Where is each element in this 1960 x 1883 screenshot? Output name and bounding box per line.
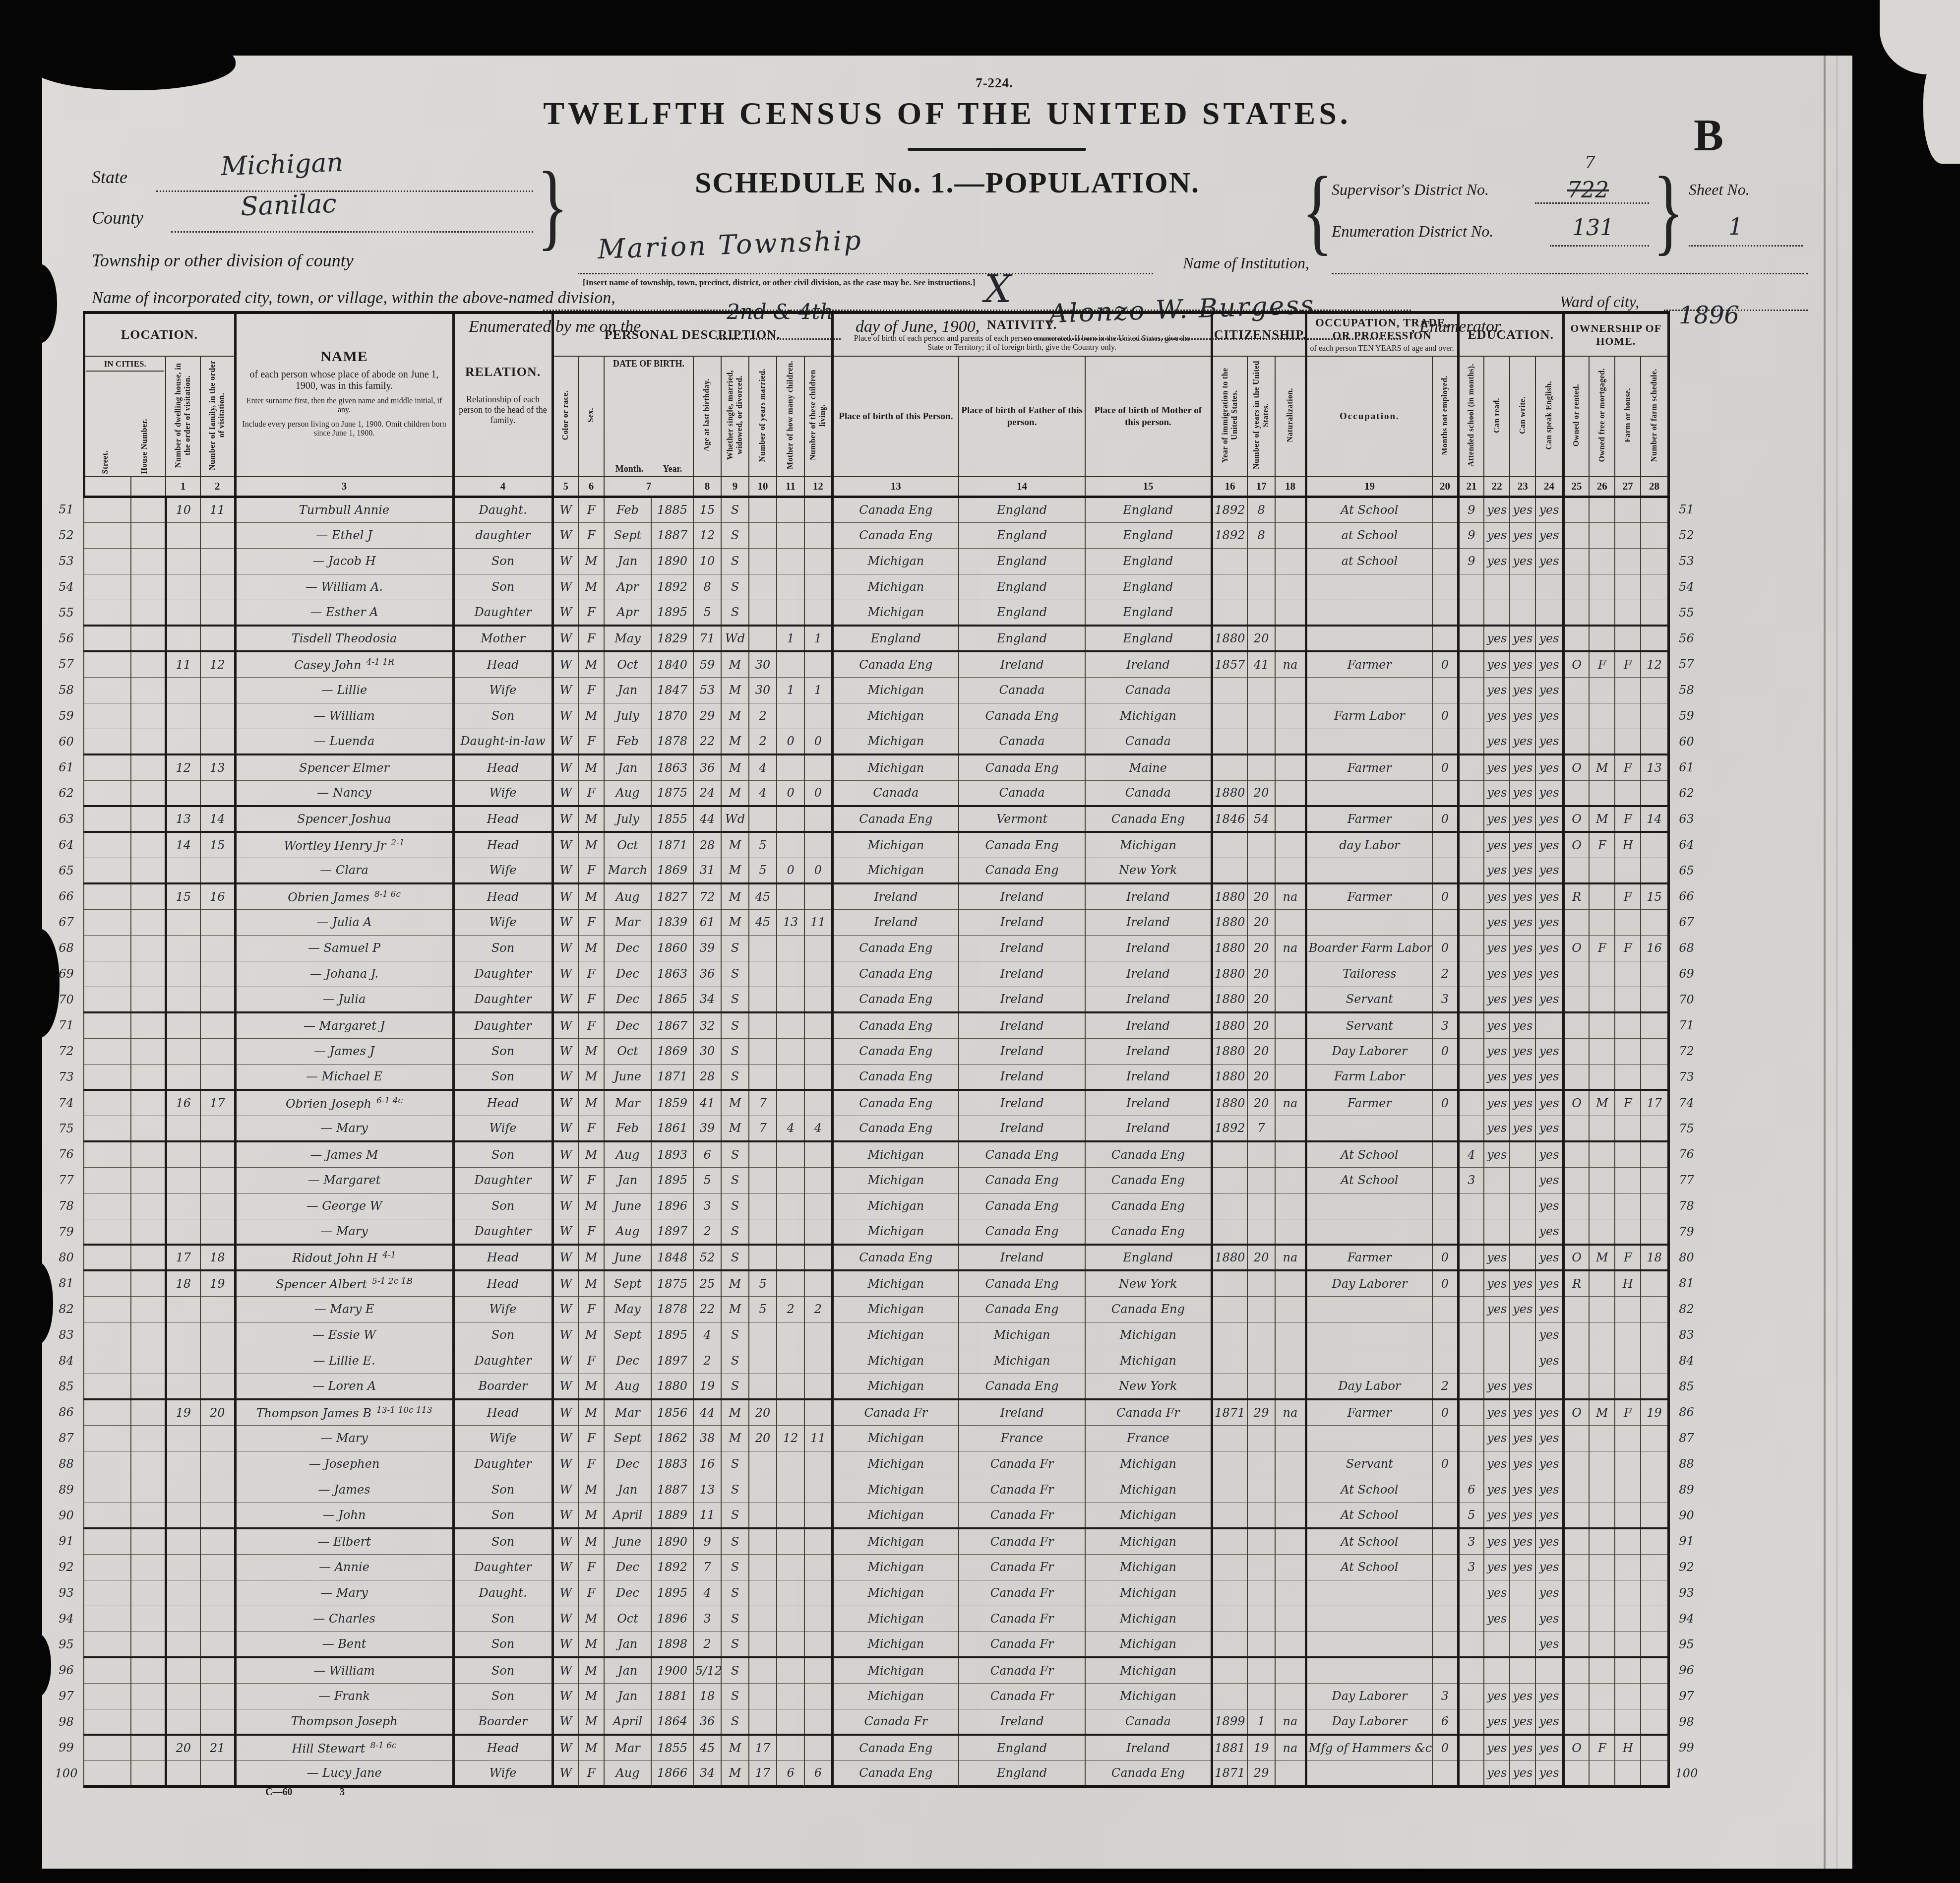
cell-chl bbox=[804, 1167, 832, 1193]
cell-ym: 45 bbox=[749, 883, 777, 909]
cell-sch bbox=[1458, 935, 1484, 961]
cell-sex: F bbox=[578, 961, 604, 987]
cell-pob: Michigan bbox=[832, 1632, 959, 1657]
cell-house bbox=[131, 1657, 166, 1683]
cell-eng: yes bbox=[1535, 1090, 1563, 1116]
cell-ofm bbox=[1589, 1528, 1615, 1554]
cell-sch: 9 bbox=[1458, 497, 1484, 522]
cell-ym bbox=[749, 935, 777, 961]
cell-fh bbox=[1615, 574, 1641, 600]
cell-rel: Wife bbox=[453, 1296, 552, 1322]
cell-street bbox=[84, 1090, 131, 1116]
cell-ofm bbox=[1589, 1193, 1615, 1219]
cell-pobf: Ireland bbox=[959, 935, 1085, 961]
cell-pob: Michigan bbox=[832, 1477, 959, 1503]
cell-street bbox=[84, 1399, 131, 1425]
cell-pobm: England bbox=[1085, 574, 1212, 600]
cell-own bbox=[1563, 1141, 1589, 1167]
cell-pobm: Canada Eng bbox=[1085, 1141, 1212, 1167]
cell-ln: 70 bbox=[49, 987, 84, 1012]
cell-read: yes bbox=[1484, 1038, 1510, 1064]
cell-yr: 1855 bbox=[651, 1735, 693, 1760]
cell-name: — Charles bbox=[235, 1606, 453, 1632]
cell-lnr: 82 bbox=[1668, 1296, 1703, 1322]
cell-sex: M bbox=[578, 1657, 604, 1683]
cell-eng: yes bbox=[1535, 780, 1563, 806]
cell-fh: F bbox=[1615, 1090, 1641, 1116]
cell-mar: S bbox=[721, 1167, 749, 1193]
cell-rel: Head bbox=[453, 651, 552, 677]
cell-mch bbox=[777, 497, 804, 522]
cell-ln: 90 bbox=[49, 1503, 84, 1528]
cell-ym: 5 bbox=[749, 1296, 777, 1322]
cell-dw: 13 bbox=[166, 806, 200, 832]
cell-yr: 1862 bbox=[651, 1425, 693, 1451]
cell-eng: yes bbox=[1535, 1632, 1563, 1657]
cell-rel: Wife bbox=[453, 909, 552, 935]
cell-fam: 21 bbox=[200, 1735, 235, 1760]
colnum-7: 7 bbox=[604, 477, 693, 497]
cell-mon: Aug bbox=[604, 1219, 651, 1245]
cell-name: Ridout John H4-1 bbox=[235, 1245, 453, 1270]
cell-ym bbox=[749, 961, 777, 987]
cell-mch bbox=[777, 1167, 804, 1193]
cell-mon: Apr bbox=[604, 600, 651, 626]
pob-mother-header: Place of birth of Mother of this person. bbox=[1085, 356, 1212, 477]
cell-sch bbox=[1458, 1709, 1484, 1735]
months-not-employed-header: Months not employed. bbox=[1432, 356, 1458, 477]
cell-nat bbox=[1275, 1322, 1306, 1348]
cell-fam bbox=[200, 1709, 235, 1735]
name-desc-2: Enter surname first, then the given name… bbox=[242, 397, 447, 415]
cell-mar: S bbox=[721, 1219, 749, 1245]
cell-ln: 83 bbox=[49, 1322, 84, 1348]
cell-ofm bbox=[1589, 600, 1615, 626]
house-number-label: House Number. bbox=[140, 419, 149, 474]
cell-own bbox=[1563, 626, 1589, 651]
cell-sch bbox=[1458, 729, 1484, 754]
cell-mon: Apr bbox=[604, 574, 651, 600]
page-letter: B bbox=[1694, 110, 1723, 161]
cell-read: yes bbox=[1484, 1141, 1510, 1167]
cell-fno bbox=[1641, 1116, 1668, 1141]
cell-yr: 1878 bbox=[651, 729, 693, 754]
cell-eng: yes bbox=[1535, 1606, 1563, 1632]
cell-ln: 97 bbox=[49, 1683, 84, 1709]
cell-fam bbox=[200, 1322, 235, 1348]
cell-house bbox=[131, 651, 166, 677]
cell-pobm: Michigan bbox=[1085, 1503, 1212, 1528]
cell-age: 2 bbox=[693, 1348, 721, 1374]
cell-ofm bbox=[1589, 522, 1615, 548]
cell-fh bbox=[1615, 497, 1641, 522]
cell-nat bbox=[1275, 729, 1306, 754]
cell-pob: Michigan bbox=[832, 1503, 959, 1528]
cell-yr: 1885 bbox=[651, 497, 693, 522]
cell-imm bbox=[1212, 677, 1247, 703]
cell-rel: Son bbox=[453, 1528, 552, 1554]
cell-yr: 1875 bbox=[651, 780, 693, 806]
cell-fam bbox=[200, 1657, 235, 1683]
cell-sch: 9 bbox=[1458, 548, 1484, 574]
cell-mne bbox=[1432, 1632, 1458, 1657]
cell-fh bbox=[1615, 1580, 1641, 1606]
cell-mon: Aug bbox=[604, 780, 651, 806]
cell-age: 30 bbox=[693, 1038, 721, 1064]
cell-rel: Wife bbox=[453, 1116, 552, 1141]
cell-mch: 0 bbox=[777, 729, 804, 754]
cell-occ bbox=[1306, 1348, 1432, 1374]
cell-sex: M bbox=[578, 548, 604, 574]
cell-own: R bbox=[1563, 883, 1589, 909]
cell-sch: 5 bbox=[1458, 1503, 1484, 1528]
cell-eng: yes bbox=[1535, 522, 1563, 548]
cell-pobf: Ireland bbox=[959, 987, 1085, 1012]
cell-chl bbox=[804, 1322, 832, 1348]
cell-street bbox=[84, 1554, 131, 1580]
cell-mne: 0 bbox=[1432, 1038, 1458, 1064]
cell-nat bbox=[1275, 806, 1306, 832]
cell-nat bbox=[1275, 1167, 1306, 1193]
cell-mch: 1 bbox=[777, 626, 804, 651]
cell-sex: F bbox=[578, 1012, 604, 1038]
cell-house bbox=[131, 729, 166, 754]
cell-ln: 52 bbox=[49, 522, 84, 548]
cell-ln: 88 bbox=[49, 1451, 84, 1477]
cell-own: O bbox=[1563, 1090, 1589, 1116]
print-code: C—60 bbox=[265, 1787, 292, 1798]
cell-fam bbox=[200, 1632, 235, 1657]
cell-dw bbox=[166, 1503, 200, 1528]
cell-lnr: 63 bbox=[1668, 806, 1703, 832]
cell-dw bbox=[166, 1012, 200, 1038]
cell-ym: 5 bbox=[749, 858, 777, 883]
cell-color: W bbox=[552, 1245, 578, 1270]
cell-yr: 1897 bbox=[651, 1219, 693, 1245]
cell-eng: yes bbox=[1535, 832, 1563, 858]
cell-age: 15 bbox=[693, 497, 721, 522]
cell-yr: 1829 bbox=[651, 626, 693, 651]
cell-chl bbox=[804, 961, 832, 987]
cell-name: — James J bbox=[235, 1038, 453, 1064]
cell-own bbox=[1563, 1503, 1589, 1528]
cell-pobm: Michigan bbox=[1085, 703, 1212, 729]
cell-read: yes bbox=[1484, 1503, 1510, 1528]
cell-sex: M bbox=[578, 1683, 604, 1709]
table-row: 79— MaryDaughterWFAug18972SMichiganCanad… bbox=[49, 1219, 1703, 1245]
dob-header: DATE OF BIRTH. Month. Year. bbox=[604, 356, 693, 477]
cell-name: — Julia A bbox=[235, 909, 453, 935]
cell-write: yes bbox=[1510, 883, 1535, 909]
cell-dw: 12 bbox=[166, 754, 200, 780]
cell-fno bbox=[1641, 626, 1668, 651]
cell-mch bbox=[777, 883, 804, 909]
cell-lnr: 71 bbox=[1668, 1012, 1703, 1038]
cell-own bbox=[1563, 987, 1589, 1012]
cell-pobf: Canada Fr bbox=[959, 1683, 1085, 1709]
cell-imm: 1880 bbox=[1212, 909, 1247, 935]
cell-ln: 66 bbox=[49, 883, 84, 909]
cell-mar: S bbox=[721, 1683, 749, 1709]
cell-fno bbox=[1641, 600, 1668, 626]
cell-name: — Frank bbox=[235, 1683, 453, 1709]
cell-house bbox=[131, 522, 166, 548]
cell-pobf: Canada Fr bbox=[959, 1606, 1085, 1632]
cell-pob: Ireland bbox=[832, 883, 959, 909]
sheet-line bbox=[1689, 245, 1803, 247]
cell-street bbox=[84, 832, 131, 858]
cell-write bbox=[1510, 1580, 1535, 1606]
cell-pobf: Ireland bbox=[959, 961, 1085, 987]
cell-sch bbox=[1458, 961, 1484, 987]
cell-fh bbox=[1615, 1760, 1641, 1786]
cell-sch bbox=[1458, 1657, 1484, 1683]
cell-imm: 1880 bbox=[1212, 1038, 1247, 1064]
cell-lnr: 81 bbox=[1668, 1270, 1703, 1296]
cell-mch bbox=[777, 1012, 804, 1038]
cell-nat bbox=[1275, 1374, 1306, 1399]
cell-color: W bbox=[552, 1038, 578, 1064]
cell-mar: S bbox=[721, 961, 749, 987]
cell-street bbox=[84, 651, 131, 677]
institution-label: Name of Institution, bbox=[1183, 254, 1309, 272]
colnum-17: 17 bbox=[1247, 477, 1275, 497]
cell-write: yes bbox=[1510, 935, 1535, 961]
can-read-header: Can read. bbox=[1484, 356, 1510, 477]
cell-fno bbox=[1641, 1528, 1668, 1554]
cell-age: 9 bbox=[693, 1528, 721, 1554]
cell-nat bbox=[1275, 1760, 1306, 1786]
cell-fh: F bbox=[1615, 883, 1641, 909]
cell-ln: 92 bbox=[49, 1554, 84, 1580]
cell-street bbox=[84, 780, 131, 806]
cell-name: — Jacob H bbox=[235, 548, 453, 574]
cell-nat bbox=[1275, 497, 1306, 522]
cell-read bbox=[1484, 1193, 1510, 1219]
line-number-header-left bbox=[49, 313, 84, 497]
cell-rel: daughter bbox=[453, 522, 552, 548]
cell-mar: S bbox=[721, 600, 749, 626]
cell-fno bbox=[1641, 1683, 1668, 1709]
cell-sch bbox=[1458, 1270, 1484, 1296]
cell-pobm: Michigan bbox=[1085, 1528, 1212, 1554]
table-row: 70— JuliaDaughterWFDec186534SCanada EngI… bbox=[49, 987, 1703, 1012]
cell-rel: Son bbox=[453, 1322, 552, 1348]
cell-chl bbox=[804, 1064, 832, 1090]
cell-name: — Annie bbox=[235, 1554, 453, 1580]
cell-eng bbox=[1535, 1012, 1563, 1038]
cell-own bbox=[1563, 1425, 1589, 1451]
cell-pob: Michigan bbox=[832, 1348, 959, 1374]
cell-pobf: Ireland bbox=[959, 1090, 1085, 1116]
cell-yrs bbox=[1247, 574, 1275, 600]
cell-lnr: 74 bbox=[1668, 1090, 1703, 1116]
cell-occ: day Labor bbox=[1306, 832, 1432, 858]
cell-sex: F bbox=[578, 1554, 604, 1580]
cell-sch bbox=[1458, 1632, 1484, 1657]
cell-mne bbox=[1432, 1116, 1458, 1141]
cell-fh bbox=[1615, 1554, 1641, 1580]
cell-mne bbox=[1432, 1477, 1458, 1503]
cell-street bbox=[84, 600, 131, 626]
cell-dw: 15 bbox=[166, 883, 200, 909]
cell-name: — Lillie bbox=[235, 677, 453, 703]
cell-sex: M bbox=[578, 883, 604, 909]
cell-lnr: 88 bbox=[1668, 1451, 1703, 1477]
occupation-header: Occupation. bbox=[1306, 356, 1432, 477]
cell-write: yes bbox=[1510, 651, 1535, 677]
cell-mon: Sept bbox=[604, 1322, 651, 1348]
cell-eng: yes bbox=[1535, 1064, 1563, 1090]
cell-pob: Canada Eng bbox=[832, 522, 959, 548]
cell-yr: 1887 bbox=[651, 1477, 693, 1503]
cell-name: — John bbox=[235, 1503, 453, 1528]
cell-dw bbox=[166, 987, 200, 1012]
cell-ln: 69 bbox=[49, 961, 84, 987]
cell-imm bbox=[1212, 858, 1247, 883]
cell-mar: S bbox=[721, 1322, 749, 1348]
cell-own bbox=[1563, 1709, 1589, 1735]
cell-mch bbox=[777, 1451, 804, 1477]
cell-imm: 1880 bbox=[1212, 987, 1247, 1012]
cell-color: W bbox=[552, 1064, 578, 1090]
cell-chl bbox=[804, 1580, 832, 1606]
cell-ofm bbox=[1589, 1683, 1615, 1709]
cell-fam bbox=[200, 1451, 235, 1477]
cell-street bbox=[84, 1735, 131, 1760]
cell-lnr: 84 bbox=[1668, 1348, 1703, 1374]
cell-chl bbox=[804, 1632, 832, 1657]
cell-read: yes bbox=[1484, 729, 1510, 754]
cell-chl bbox=[804, 1709, 832, 1735]
relation-title: RELATION. bbox=[456, 365, 551, 379]
cell-yrs bbox=[1247, 1580, 1275, 1606]
farm-schedule-header: Number of farm schedule. bbox=[1641, 356, 1668, 477]
colnum-12: 12 bbox=[804, 477, 832, 497]
cell-own bbox=[1563, 677, 1589, 703]
cell-yr: 1896 bbox=[651, 1193, 693, 1219]
cell-imm bbox=[1212, 1348, 1247, 1374]
state-label: State bbox=[92, 167, 127, 188]
cell-lnr: 76 bbox=[1668, 1141, 1703, 1167]
cell-street bbox=[84, 806, 131, 832]
cell-mar: M bbox=[721, 1399, 749, 1425]
table-row: 88— JosephenDaughterWFDec188316SMichigan… bbox=[49, 1451, 1703, 1477]
cell-rel: Wife bbox=[453, 677, 552, 703]
cell-yr: 1895 bbox=[651, 1167, 693, 1193]
cell-yrs bbox=[1247, 1528, 1275, 1554]
cell-chl bbox=[804, 574, 832, 600]
cell-yrs bbox=[1247, 1632, 1275, 1657]
cell-name: Spencer Joshua bbox=[235, 806, 453, 832]
cell-sex: F bbox=[578, 858, 604, 883]
cell-rel: Head bbox=[453, 754, 552, 780]
torn-edge-left-3 bbox=[18, 1261, 53, 1345]
cell-mar: S bbox=[721, 1193, 749, 1219]
cell-own bbox=[1563, 1167, 1589, 1193]
cell-mch: 6 bbox=[777, 1760, 804, 1786]
cell-rel: Head bbox=[453, 1270, 552, 1296]
cell-chl: 4 bbox=[804, 1116, 832, 1141]
cell-mar: S bbox=[721, 1245, 749, 1270]
cell-yrs bbox=[1247, 832, 1275, 858]
cell-imm bbox=[1212, 1477, 1247, 1503]
cell-read: yes bbox=[1484, 1012, 1510, 1038]
cell-eng: yes bbox=[1535, 1477, 1563, 1503]
cell-fh bbox=[1615, 1116, 1641, 1141]
cell-occ: At School bbox=[1306, 1477, 1432, 1503]
cell-house bbox=[131, 1632, 166, 1657]
cell-fh bbox=[1615, 548, 1641, 574]
cell-occ: Farm Labor bbox=[1306, 1064, 1432, 1090]
cell-own bbox=[1563, 1528, 1589, 1554]
cell-mne: 0 bbox=[1432, 935, 1458, 961]
cell-ofm bbox=[1589, 548, 1615, 574]
cell-house bbox=[131, 1374, 166, 1399]
cell-street bbox=[84, 548, 131, 574]
title-divider bbox=[908, 148, 1086, 151]
cell-yr: 1871 bbox=[651, 832, 693, 858]
cell-imm: 1880 bbox=[1212, 1064, 1247, 1090]
cell-name: Tisdell Theodosia bbox=[235, 626, 453, 651]
cell-nat bbox=[1275, 1683, 1306, 1709]
cell-fno bbox=[1641, 1012, 1668, 1038]
cell-house bbox=[131, 1606, 166, 1632]
table-row: 71— Margaret JDaughterWFDec186732SCanada… bbox=[49, 1012, 1703, 1038]
table-row: 87— MaryWifeWFSept186238M201211MichiganF… bbox=[49, 1425, 1703, 1451]
cell-color: W bbox=[552, 703, 578, 729]
cell-dw: 18 bbox=[166, 1270, 200, 1296]
cell-own bbox=[1563, 600, 1589, 626]
cell-mch: 2 bbox=[777, 1296, 804, 1322]
cell-dw: 19 bbox=[166, 1399, 200, 1425]
cell-fno: 19 bbox=[1641, 1399, 1668, 1425]
colnum-28: 28 bbox=[1641, 477, 1668, 497]
cell-rel: Daughter bbox=[453, 1451, 552, 1477]
cell-own bbox=[1563, 1064, 1589, 1090]
cell-yr: 1864 bbox=[651, 1709, 693, 1735]
cell-occ: Servant bbox=[1306, 1012, 1432, 1038]
cell-ym bbox=[749, 1683, 777, 1709]
cell-lnr: 94 bbox=[1668, 1606, 1703, 1632]
cell-fam bbox=[200, 1167, 235, 1193]
cell-sch bbox=[1458, 858, 1484, 883]
cell-pob: Michigan bbox=[832, 1657, 959, 1683]
cell-write: yes bbox=[1510, 1399, 1535, 1425]
cell-dw bbox=[166, 1554, 200, 1580]
cell-yr: 1875 bbox=[651, 1270, 693, 1296]
table-row: 62— NancyWifeWFAug187524M400CanadaCanada… bbox=[49, 780, 1703, 806]
cell-fh: H bbox=[1615, 1270, 1641, 1296]
cell-lnr: 83 bbox=[1668, 1322, 1703, 1348]
cell-eng bbox=[1535, 600, 1563, 626]
table-row: 98Thompson JosephBoarderWMApril186436SCa… bbox=[49, 1709, 1703, 1735]
cell-fam bbox=[200, 703, 235, 729]
cell-rel: Wife bbox=[453, 1760, 552, 1786]
cell-yrs: 20 bbox=[1247, 1090, 1275, 1116]
cell-write: yes bbox=[1510, 1116, 1535, 1141]
cell-fh: H bbox=[1615, 832, 1641, 858]
cell-own: R bbox=[1563, 1270, 1589, 1296]
cell-read bbox=[1484, 1632, 1510, 1657]
cell-read: yes bbox=[1484, 1477, 1510, 1503]
cell-ofm bbox=[1589, 1141, 1615, 1167]
cell-ym bbox=[749, 600, 777, 626]
enumeration-line bbox=[1550, 245, 1649, 247]
cell-imm: 1880 bbox=[1212, 626, 1247, 651]
cell-yrs bbox=[1247, 1322, 1275, 1348]
cell-dw bbox=[166, 1116, 200, 1141]
